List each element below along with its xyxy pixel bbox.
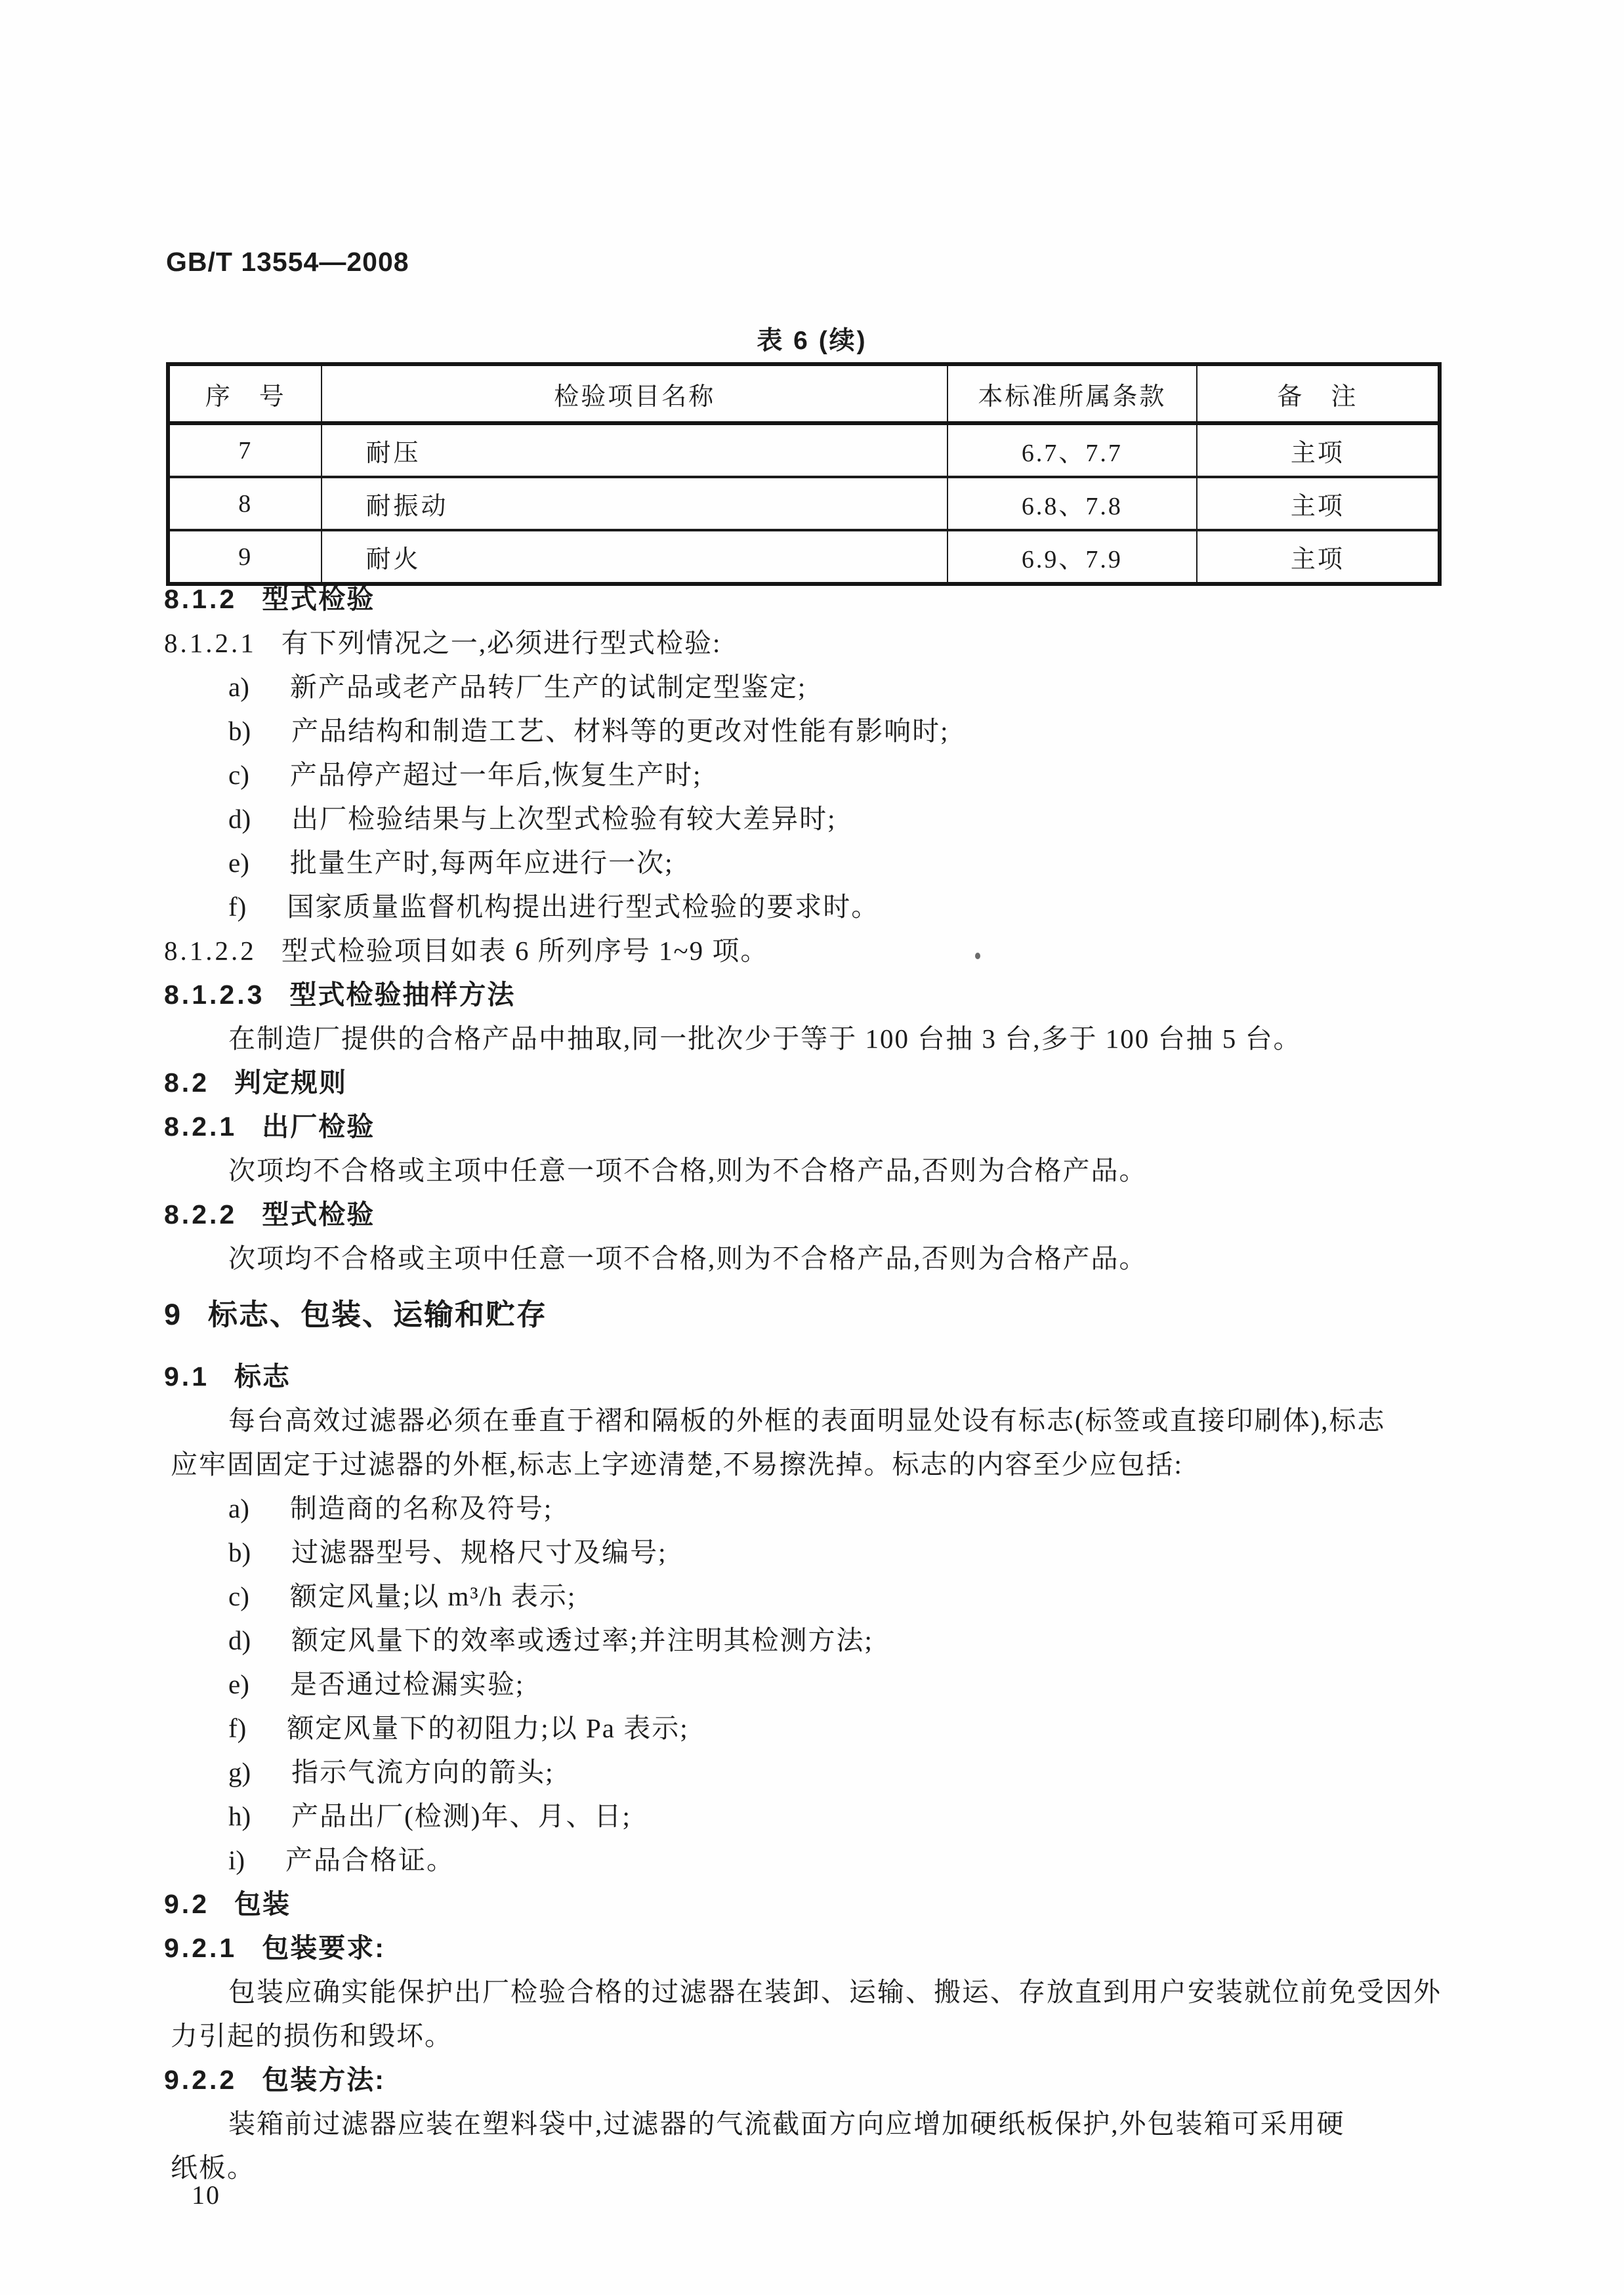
text-line: d)额定风量下的效率或透过率;并注明其检测方法; <box>164 1619 1509 1663</box>
line-text: 国家质量监督机构提出进行型式检验的要求时。 <box>287 892 879 922</box>
table-cell: 主项 <box>1197 423 1440 477</box>
table-cell: 8 <box>168 477 322 530</box>
line-text: 包装要求: <box>262 1933 385 1963</box>
line-text: 标志 <box>234 1361 291 1392</box>
section-heading: 9.2.1包装要求: <box>164 1926 1509 1970</box>
text-line: a)新产品或老产品转厂生产的试制定型鉴定; <box>164 665 1509 709</box>
clause-number: c) <box>228 1581 249 1611</box>
line-text: 应牢固固定于过滤器的外框,标志上字迹清楚,不易擦洗掉。标志的内容至少应包括: <box>171 1449 1183 1479</box>
text-line: b)产品结构和制造工艺、材料等的更改对性能有影响时; <box>164 709 1509 753</box>
col-header-remark: 备 注 <box>1197 364 1440 423</box>
table-body: 7耐压6.7、7.7主项8耐振动6.8、7.8主项9耐火6.9、7.9主项 <box>168 423 1440 584</box>
line-text: 过滤器型号、规格尺寸及编号; <box>291 1537 667 1567</box>
clause-number: 8.1.2 <box>164 584 237 614</box>
text-line: 装箱前过滤器应装在塑料袋中,过滤器的气流截面方向应增加硬纸板保护,外包装箱可采用… <box>164 2102 1509 2146</box>
clause-number: 8.2 <box>164 1067 209 1098</box>
table-cell: 耐振动 <box>322 477 947 530</box>
table-cell: 耐火 <box>322 530 947 584</box>
clause-number: 8.2.1 <box>164 1111 237 1142</box>
document-body: 8.1.2型式检验8.1.2.1有下列情况之一,必须进行型式检验:a)新产品或老… <box>164 577 1509 2190</box>
text-line: 8.1.2.1有下列情况之一,必须进行型式检验: <box>164 621 1509 665</box>
line-text: 力引起的损伤和毁坏。 <box>171 2021 453 2051</box>
section-heading: 9标志、包装、运输和贮存 <box>164 1292 1509 1336</box>
clause-number: e) <box>228 848 249 878</box>
line-text: 型式检验 <box>262 1199 375 1230</box>
line-text: 制造商的名称及符号; <box>290 1493 552 1523</box>
text-line: 力引起的损伤和毁坏。 <box>164 2014 1509 2058</box>
table-cell: 6.7、7.7 <box>947 423 1197 477</box>
clause-number: b) <box>228 1537 251 1567</box>
line-text: 型式检验抽样方法 <box>289 980 515 1010</box>
line-text: 产品停产超过一年后,恢复生产时; <box>290 760 702 790</box>
clause-number: 8.1.2.3 <box>164 980 264 1010</box>
line-text: 判定规则 <box>234 1067 347 1098</box>
section-heading: 8.1.2型式检验 <box>164 577 1509 621</box>
table-cell: 6.9、7.9 <box>947 530 1197 584</box>
col-header-item-name: 检验项目名称 <box>322 364 947 423</box>
clause-number: d) <box>228 804 251 834</box>
scan-artifact-dot <box>975 953 980 959</box>
line-text: 次项均不合格或主项中任意一项不合格,则为不合格产品,否则为合格产品。 <box>228 1155 1148 1186</box>
line-text: 型式检验项目如表 6 所列序号 1~9 项。 <box>281 936 769 966</box>
table-row: 9耐火6.9、7.9主项 <box>168 530 1440 584</box>
clause-number: 9.2 <box>164 1889 209 1919</box>
clause-number: g) <box>228 1757 251 1787</box>
clause-number: d) <box>228 1625 251 1655</box>
line-text: 产品出厂(检测)年、月、日; <box>291 1801 631 1831</box>
line-text: 纸板。 <box>171 2153 255 2183</box>
clause-number: f) <box>228 892 246 922</box>
clause-number: f) <box>228 1713 246 1743</box>
text-line: h)产品出厂(检测)年、月、日; <box>164 1794 1509 1838</box>
section-heading: 8.2判定规则 <box>164 1061 1509 1105</box>
line-text: 次项均不合格或主项中任意一项不合格,则为不合格产品,否则为合格产品。 <box>228 1243 1148 1273</box>
table-6-continued: 序 号 检验项目名称 本标准所属条款 备 注 7耐压6.7、7.7主项8耐振动6… <box>166 362 1442 586</box>
section-heading: 8.1.2.3型式检验抽样方法 <box>164 973 1509 1017</box>
clause-number: 8.1.2.2 <box>164 936 257 966</box>
line-text: 出厂检验结果与上次型式检验有较大差异时; <box>291 804 836 834</box>
line-text: 产品结构和制造工艺、材料等的更改对性能有影响时; <box>291 716 949 746</box>
section-heading: 9.1标志 <box>164 1355 1509 1399</box>
section-heading: 9.2包装 <box>164 1882 1509 1926</box>
text-line: e)批量生产时,每两年应进行一次; <box>164 841 1509 885</box>
text-line: 次项均不合格或主项中任意一项不合格,则为不合格产品,否则为合格产品。 <box>164 1237 1509 1281</box>
clause-number: 9.2.2 <box>164 2065 237 2095</box>
line-text: 批量生产时,每两年应进行一次; <box>290 848 674 878</box>
section-heading: 9.2.2包装方法: <box>164 2058 1509 2102</box>
table-caption: 表 6 (续) <box>0 320 1624 357</box>
clause-number: a) <box>228 1493 249 1523</box>
text-line: f)额定风量下的初阻力;以 Pa 表示; <box>164 1706 1509 1750</box>
table-cell: 耐压 <box>322 423 947 477</box>
text-line: 纸板。 <box>164 2146 1509 2190</box>
text-line: a)制造商的名称及符号; <box>164 1487 1509 1531</box>
clause-number: 9.1 <box>164 1361 209 1392</box>
text-line: 在制造厂提供的合格产品中抽取,同一批次少于等于 100 台抽 3 台,多于 10… <box>164 1017 1509 1061</box>
line-text: 额定风量下的效率或透过率;并注明其检测方法; <box>291 1625 873 1655</box>
line-text: 额定风量下的初阻力;以 Pa 表示; <box>287 1713 688 1743</box>
clause-number: a) <box>228 672 249 702</box>
text-line: e)是否通过检漏实验; <box>164 1663 1509 1706</box>
text-line: 应牢固固定于过滤器的外框,标志上字迹清楚,不易擦洗掉。标志的内容至少应包括: <box>164 1443 1509 1487</box>
text-line: 次项均不合格或主项中任意一项不合格,则为不合格产品,否则为合格产品。 <box>164 1149 1509 1193</box>
section-heading: 8.2.2型式检验 <box>164 1193 1509 1237</box>
text-line: c)产品停产超过一年后,恢复生产时; <box>164 753 1509 797</box>
table-cell: 6.8、7.8 <box>947 477 1197 530</box>
clause-number: e) <box>228 1669 249 1699</box>
clause-number: 8.1.2.1 <box>164 628 257 658</box>
clause-number: 9.2.1 <box>164 1933 237 1963</box>
col-header-seq-no: 序 号 <box>168 364 322 423</box>
line-text: 包装方法: <box>262 2065 385 2095</box>
section-heading: 8.2.1出厂检验 <box>164 1105 1509 1149</box>
line-text: 每台高效过滤器必须在垂直于褶和隔板的外框的表面明显处设有标志(标签或直接印刷体)… <box>228 1405 1386 1436</box>
table-cell: 主项 <box>1197 530 1440 584</box>
table-row: 8耐振动6.8、7.8主项 <box>168 477 1440 530</box>
line-text: 有下列情况之一,必须进行型式检验: <box>281 628 722 658</box>
line-text: 指示气流方向的箭头; <box>291 1757 554 1787</box>
line-text: 装箱前过滤器应装在塑料袋中,过滤器的气流截面方向应增加硬纸板保护,外包装箱可采用… <box>228 2109 1345 2139</box>
text-line: 包装应确实能保护出厂检验合格的过滤器在装卸、运输、搬运、存放直到用户安装就位前免… <box>164 1970 1509 2014</box>
table-row: 7耐压6.7、7.7主项 <box>168 423 1440 477</box>
line-text: 标志、包装、运输和贮存 <box>208 1298 547 1331</box>
doc-number: GB/T 13554—2008 <box>166 247 409 278</box>
clause-number: i) <box>228 1845 245 1875</box>
page-number: 10 <box>192 2180 220 2210</box>
line-text: 出厂检验 <box>262 1111 375 1142</box>
line-text: 是否通过检漏实验; <box>290 1669 524 1699</box>
table-cell: 7 <box>168 423 322 477</box>
line-text: 新产品或老产品转厂生产的试制定型鉴定; <box>290 672 806 702</box>
clause-number: b) <box>228 716 251 746</box>
line-text: 在制造厂提供的合格产品中抽取,同一批次少于等于 100 台抽 3 台,多于 10… <box>228 1023 1302 1054</box>
text-line: 每台高效过滤器必须在垂直于褶和隔板的外框的表面明显处设有标志(标签或直接印刷体)… <box>164 1399 1509 1443</box>
text-line: f)国家质量监督机构提出进行型式检验的要求时。 <box>164 885 1509 929</box>
text-line: c)额定风量;以 m³/h 表示; <box>164 1575 1509 1619</box>
table-header-row: 序 号 检验项目名称 本标准所属条款 备 注 <box>168 364 1440 423</box>
document-page: GB/T 13554—2008 表 6 (续) 序 号 检验项目名称 本标准所属… <box>0 0 1624 2295</box>
text-line: g)指示气流方向的箭头; <box>164 1750 1509 1794</box>
line-text: 包装应确实能保护出厂检验合格的过滤器在装卸、运输、搬运、存放直到用户安装就位前免… <box>228 1977 1442 2007</box>
clause-number: h) <box>228 1801 251 1831</box>
text-line: i)产品合格证。 <box>164 1838 1509 1882</box>
table-header: 序 号 检验项目名称 本标准所属条款 备 注 <box>168 364 1440 423</box>
clause-number: 9 <box>164 1298 183 1331</box>
line-text: 型式检验 <box>262 584 375 614</box>
table-cell: 9 <box>168 530 322 584</box>
line-text: 包装 <box>234 1889 291 1919</box>
text-line: 8.1.2.2型式检验项目如表 6 所列序号 1~9 项。 <box>164 929 1509 973</box>
clause-number: 8.2.2 <box>164 1199 237 1230</box>
table-cell: 主项 <box>1197 477 1440 530</box>
line-text: 产品合格证。 <box>285 1845 455 1875</box>
text-line: b)过滤器型号、规格尺寸及编号; <box>164 1531 1509 1575</box>
clause-number: c) <box>228 760 249 790</box>
inspection-items-table: 序 号 检验项目名称 本标准所属条款 备 注 7耐压6.7、7.7主项8耐振动6… <box>166 362 1442 586</box>
line-text: 额定风量;以 m³/h 表示; <box>290 1581 576 1611</box>
col-header-clause: 本标准所属条款 <box>947 364 1197 423</box>
text-line: d)出厂检验结果与上次型式检验有较大差异时; <box>164 797 1509 841</box>
